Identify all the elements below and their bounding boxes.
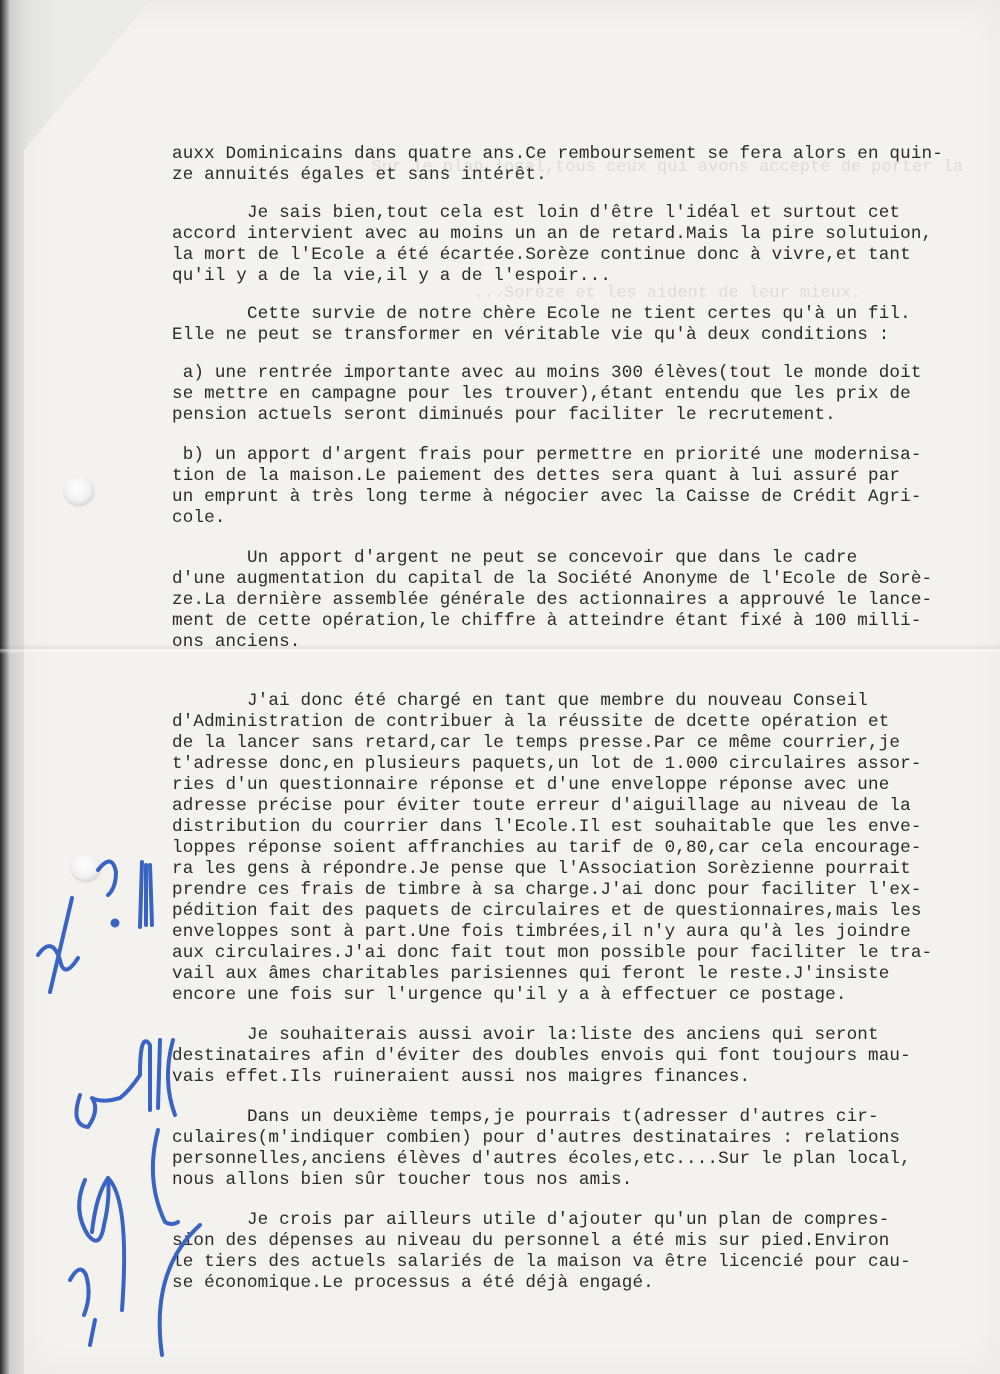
text-line: Un apport d'argent ne peut se concevoir …: [172, 548, 992, 569]
text-line: enveloppes sont à part.Une fois timbrées…: [172, 922, 992, 943]
text-line: aux circulaires.J'ai donc fait tout mon …: [172, 943, 992, 964]
text-line: la mort de l'Ecole a été écartée.Sorèze …: [172, 245, 992, 266]
text-line: tion de la maison.Le paiement des dettes…: [172, 466, 992, 487]
text-line: Dans un deuxième temps,je pourrais t(adr…: [172, 1107, 992, 1128]
text-line: pédition fait des paquets de circulaires…: [172, 901, 992, 922]
text-line: pension actuels seront diminués pour fac…: [172, 405, 992, 426]
paragraph-spacer: [172, 287, 992, 304]
paragraph-p9: Dans un deuxième temps,je pourrais t(adr…: [172, 1107, 992, 1191]
punch-hole-icon: [71, 853, 101, 881]
punch-hole-icon: [64, 477, 94, 505]
text-line: distribution du courrier dans l'Ecole.Il…: [172, 817, 992, 838]
text-line: Je crois par ailleurs utile d'ajouter qu…: [172, 1210, 992, 1231]
text-line: se mettre en campagne pour les trouver),…: [172, 384, 992, 405]
text-line: qu'il y a de la vie,il y a de l'espoir..…: [172, 266, 992, 287]
text-line: J'ai donc été chargé en tant que membre …: [172, 691, 992, 712]
text-line: nous allons bien sûr toucher tous nos am…: [172, 1170, 992, 1191]
paragraph-spacer: [172, 346, 992, 363]
text-line: ons anciens.: [172, 632, 992, 653]
paragraph-spacer: [172, 529, 992, 548]
paragraph-spacer: [172, 1191, 992, 1210]
text-line: b) un apport d'argent frais pour permett…: [172, 445, 992, 466]
text-line: ze annuités égales et sans intérêt.: [172, 165, 992, 186]
text-line: d'une augmentation du capital de la Soci…: [172, 569, 992, 590]
text-line: Cette survie de notre chère Ecole ne tie…: [172, 304, 992, 325]
text-line: d'Administration de contribuer à la réus…: [172, 712, 992, 733]
text-line: ra les gens à répondre.Je pense que l'As…: [172, 859, 992, 880]
paragraph-p6: Un apport d'argent ne peut se concevoir …: [172, 548, 992, 653]
text-line: auxx Dominicains dans quatre ans.Ce remb…: [172, 144, 992, 165]
text-line: accord intervient avec au moins un an de…: [172, 224, 992, 245]
text-line: adresse précise pour éviter toute erreur…: [172, 796, 992, 817]
text-line: se économique.Le processus a été déjà en…: [172, 1273, 992, 1294]
paragraph-spacer: [172, 653, 992, 691]
text-line: cole.: [172, 508, 992, 529]
paragraph-spacer: [172, 1088, 992, 1107]
paragraph-spacer: [172, 426, 992, 445]
paragraph-p8: Je souhaiterais aussi avoir la:liste des…: [172, 1025, 992, 1088]
paragraph-p1: auxx Dominicains dans quatre ans.Ce remb…: [172, 144, 992, 186]
text-line: de la lancer sans retard,car le temps pr…: [172, 733, 992, 754]
text-line: sion des dépenses au niveau du personnel…: [172, 1231, 992, 1252]
letter-body: auxx Dominicains dans quatre ans.Ce remb…: [172, 144, 992, 1294]
text-line: Je souhaiterais aussi avoir la:liste des…: [172, 1025, 992, 1046]
text-line: a) une rentrée importante avec au moins …: [172, 363, 992, 384]
text-line: ze.La dernière assemblée générale des ac…: [172, 590, 992, 611]
text-line: un emprunt à très long terme à négocier …: [172, 487, 992, 508]
paragraph-p4: a) une rentrée importante avec au moins …: [172, 363, 992, 426]
text-line: vais effet.Ils ruineraient aussi nos mai…: [172, 1067, 992, 1088]
paragraph-p10: Je crois par ailleurs utile d'ajouter qu…: [172, 1210, 992, 1294]
text-line: t'adresse donc,en plusieurs paquets,un l…: [172, 754, 992, 775]
text-line: personnelles,anciens élèves d'autres éco…: [172, 1149, 992, 1170]
text-line: destinataires afin d'éviter des doubles …: [172, 1046, 992, 1067]
text-line: Je sais bien,tout cela est loin d'être l…: [172, 203, 992, 224]
text-line: vail aux âmes charitables parisiennes qu…: [172, 964, 992, 985]
text-line: Elle ne peut se transformer en véritable…: [172, 325, 992, 346]
paragraph-spacer: [172, 1006, 992, 1025]
paragraph-p2: Je sais bien,tout cela est loin d'être l…: [172, 203, 992, 287]
text-line: ment de cette opération,le chiffre à att…: [172, 611, 992, 632]
text-line: culaires(m'indiquer combien) pour d'autr…: [172, 1128, 992, 1149]
text-line: ries d'un questionnaire réponse et d'une…: [172, 775, 992, 796]
paragraph-p3: Cette survie de notre chère Ecole ne tie…: [172, 304, 992, 346]
text-line: prendre ces frais de timbre à sa charge.…: [172, 880, 992, 901]
text-line: le tiers des actuels salariés de la mais…: [172, 1252, 992, 1273]
paragraph-p5: b) un apport d'argent frais pour permett…: [172, 445, 992, 529]
paragraph-p7: J'ai donc été chargé en tant que membre …: [172, 691, 992, 1006]
paragraph-spacer: [172, 186, 992, 203]
text-line: encore une fois sur l'urgence qu'il y a …: [172, 985, 992, 1006]
text-line: loppes réponse soient affranchies au tar…: [172, 838, 992, 859]
